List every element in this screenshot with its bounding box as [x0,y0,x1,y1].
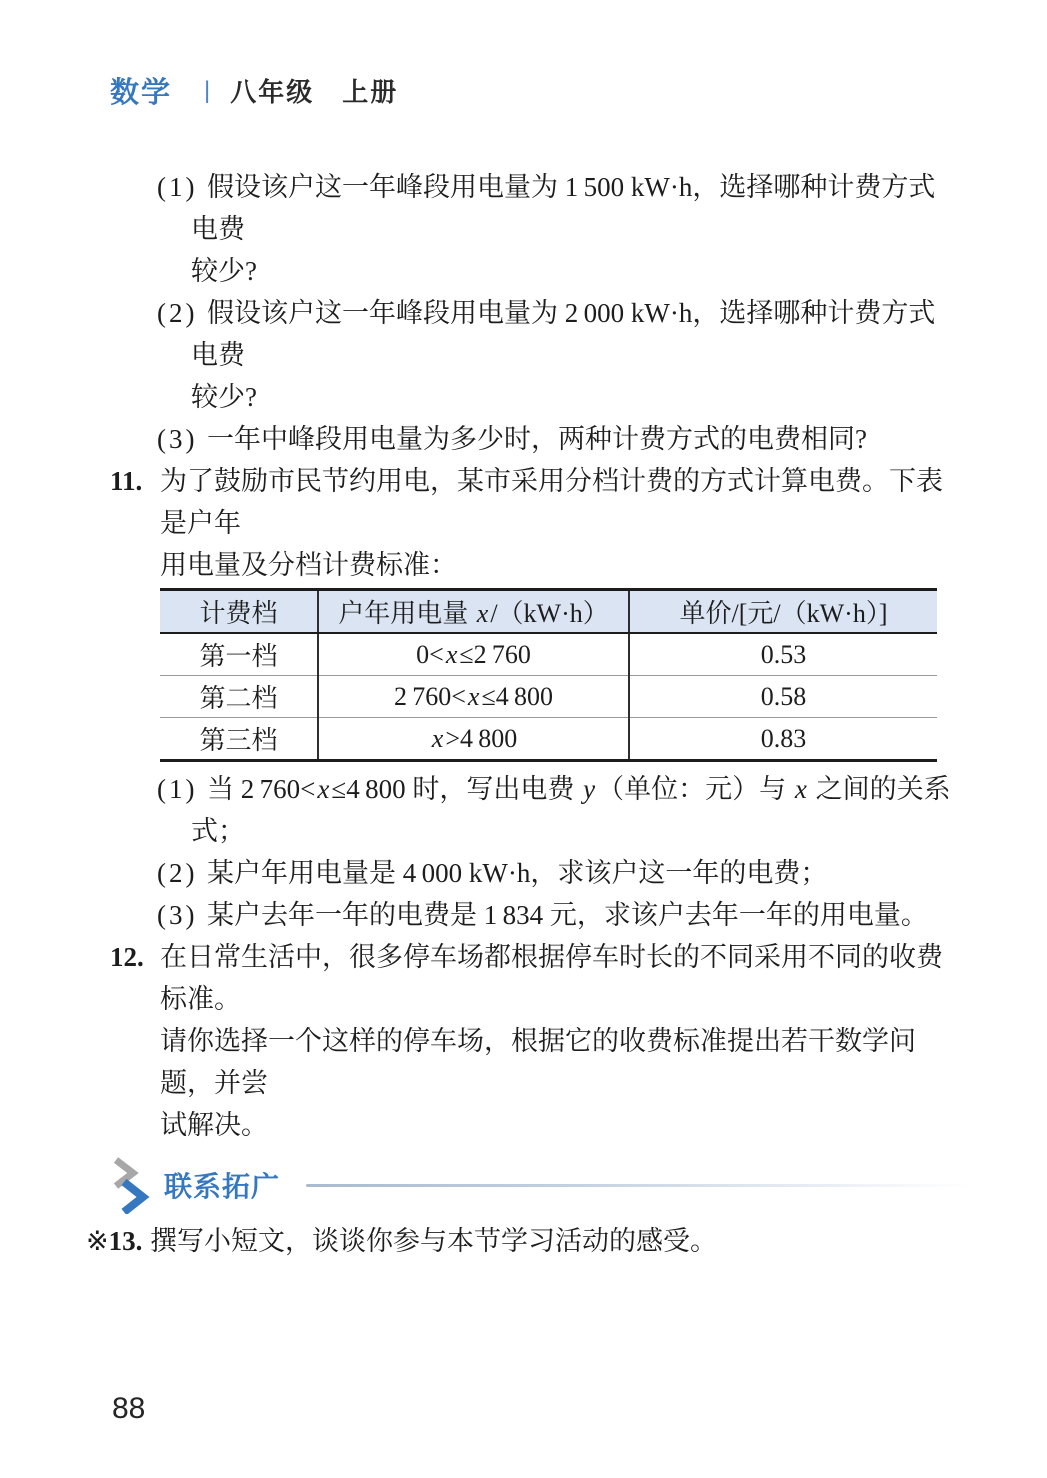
problem-number: ※13. [86,1220,150,1262]
problem-number: 12. [110,936,160,978]
problem-statement: 为了鼓励市民节约用电，某市采用分档计费的方式计算电费。下表是户年 用电量及分档计… [160,466,943,580]
table-header-row: 计费档 户年用电量 x/（kW·h） 单价/[元/（kW·h）] [160,590,937,634]
tariff-table-body: 第一档 0<x≤2 760 0.53 第二档 2 760<x≤4 800 0.5… [160,633,937,761]
problem-11-question-3: (3)某户去年一年的电费是 1 834 元，求该户去年一年的用电量。 [157,894,955,936]
question-text: 当 2 760<x≤4 800 时，写出电费 y（单位：元）与 x 之间的关系式… [191,774,951,846]
header-separator: | [204,77,210,105]
tier-cell: 第三档 [160,718,318,761]
range-cell: 2 760<x≤4 800 [318,676,629,718]
section-header: 联系拓广 [108,1156,970,1214]
tier-cell: 第二档 [160,676,318,718]
subject-label: 数学 [110,70,172,111]
table-row: 第三档 x>4 800 0.83 [160,718,937,761]
carryover-question-1: (1)假设该户这一年峰段用电量为 1 500 kW·h，选择哪种计费方式电费 较… [157,166,955,292]
range-cell: 0<x≤2 760 [318,633,629,676]
star-marker: ※ [86,1226,109,1256]
question-text: 某户去年一年的电费是 1 834 元，求该户去年一年的用电量。 [207,900,928,930]
problem-11-question-1: (1)当 2 760<x≤4 800 时，写出电费 y（单位：元）与 x 之间的… [157,768,955,852]
question-text: 某户年用电量是 4 000 kW·h，求该户这一年的电费； [207,858,827,888]
table-header-tier: 计费档 [160,590,318,634]
textbook-page: 数学|八年级上册 (1)假设该户这一年峰段用电量为 1 500 kW·h，选择哪… [0,0,1047,1478]
question-text: 假设该户这一年峰段用电量为 1 500 kW·h，选择哪种计费方式电费 较少? [191,172,935,286]
problem-11: 11.为了鼓励市民节约用电，某市采用分档计费的方式计算电费。下表是户年 用电量及… [110,460,955,586]
running-head: 数学|八年级上册 [110,70,398,111]
table-row: 第一档 0<x≤2 760 0.53 [160,633,937,676]
tariff-table-head: 计费档 户年用电量 x/（kW·h） 单价/[元/（kW·h）] [160,590,937,634]
problem-number: 11. [110,460,160,502]
question-marker: (3) [157,418,207,460]
problem-11-question-2: (2)某户年用电量是 4 000 kW·h，求该户这一年的电费； [157,852,955,894]
price-cell: 0.58 [629,676,937,718]
question-marker: (3) [157,894,207,936]
tariff-table: 计费档 户年用电量 x/（kW·h） 单价/[元/（kW·h）] 第一档 0<x… [160,588,937,762]
question-text: 假设该户这一年峰段用电量为 2 000 kW·h，选择哪种计费方式电费 较少? [191,298,935,412]
problem-13: ※13.撰写小短文，谈谈你参与本节学习活动的感受。 [86,1220,955,1262]
page-number: 88 [112,1392,145,1426]
question-marker: (1) [157,768,207,810]
section-title: 联系拓广 [164,1165,280,1205]
tier-cell: 第一档 [160,633,318,676]
question-marker: (1) [157,166,207,208]
grade-label: 八年级 [230,72,314,109]
range-cell: x>4 800 [318,718,629,761]
carryover-question-2: (2)假设该户这一年峰段用电量为 2 000 kW·h，选择哪种计费方式电费 较… [157,292,955,418]
problem-statement: 撰写小短文，谈谈你参与本节学习活动的感受。 [150,1226,717,1256]
question-marker: (2) [157,292,207,334]
table-header-price: 单价/[元/（kW·h）] [629,590,937,634]
section-divider-line [306,1184,970,1187]
question-marker: (2) [157,852,207,894]
question-text: 一年中峰段用电量为多少时，两种计费方式的电费相同? [207,424,867,454]
problem-12: 12.在日常生活中，很多停车场都根据停车时长的不同采用不同的收费标准。 请你选择… [110,936,955,1146]
problem-statement: 在日常生活中，很多停车场都根据停车时长的不同采用不同的收费标准。 请你选择一个这… [160,942,943,1140]
table-row: 第二档 2 760<x≤4 800 0.58 [160,676,937,718]
volume-label: 上册 [342,72,398,109]
double-chevron-icon [108,1156,158,1214]
problem-number-text: 13. [109,1226,143,1256]
page-content: (1)假设该户这一年峰段用电量为 1 500 kW·h，选择哪种计费方式电费 较… [110,166,955,1262]
price-cell: 0.53 [629,633,937,676]
price-cell: 0.83 [629,718,937,761]
carryover-question-3: (3)一年中峰段用电量为多少时，两种计费方式的电费相同? [157,418,955,460]
table-header-usage: 户年用电量 x/（kW·h） [318,590,629,634]
